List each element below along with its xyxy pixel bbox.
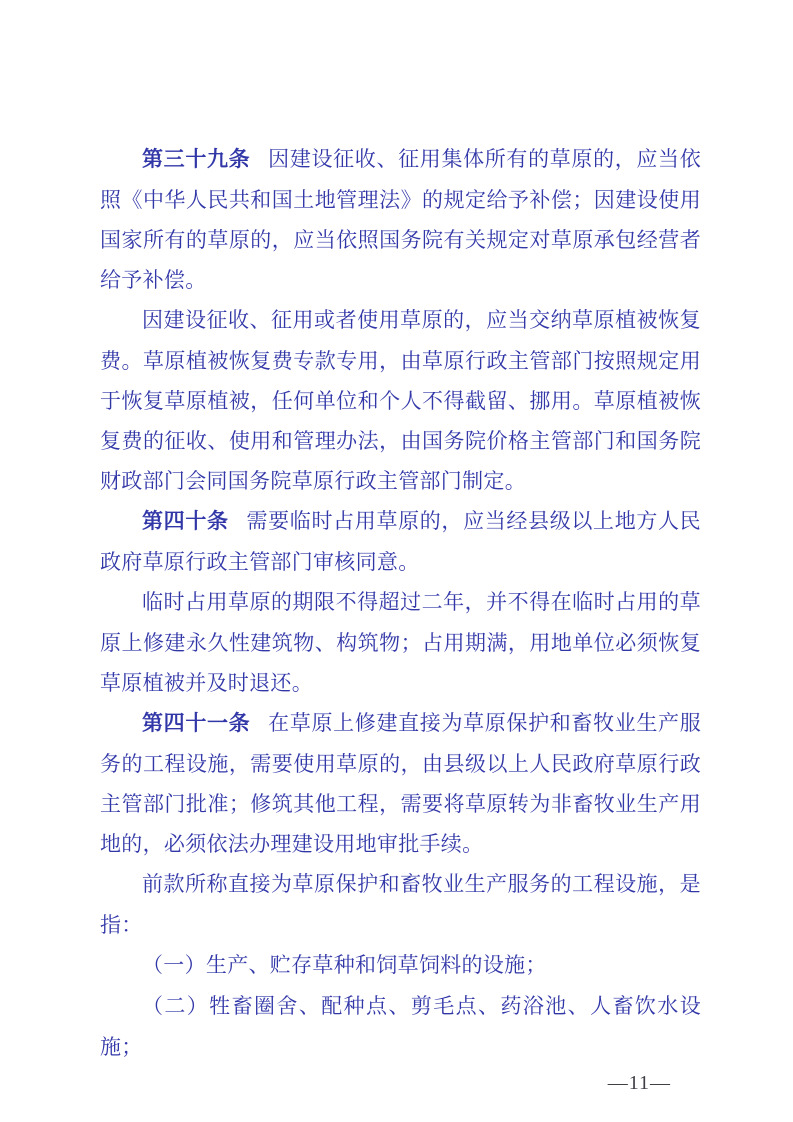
paragraph-text: 因建设征收、征用或者使用草原的，应当交纳草原植被恢复费。草原植被恢复费专款专用，… — [100, 308, 701, 493]
article-paragraph: 第四十条需要临时占用草原的，应当经县级以上地方人民政府草原行政主管部门审核同意。 — [100, 501, 701, 582]
document-body-text: 第三十九条因建设征收、征用集体所有的草原的，应当依照《中华人民共和国土地管理法》… — [100, 139, 701, 1067]
list-item-paragraph: （二）牲畜圈舍、配种点、剪毛点、药浴池、人畜饮水设施； — [100, 986, 701, 1067]
paragraph-text: 临时占用草原的期限不得超过二年，并不得在临时占用的草原上修建永久性建筑物、构筑物… — [100, 590, 701, 695]
article-paragraph: 第三十九条因建设征收、征用集体所有的草原的，应当依照《中华人民共和国土地管理法》… — [100, 139, 701, 300]
article-number: 第三十九条 — [142, 148, 250, 171]
paragraph-text: 前款所称直接为草原保护和畜牧业生产服务的工程设施，是指： — [100, 872, 701, 937]
article-number: 第四十一条 — [142, 712, 250, 735]
article-paragraph: 第四十一条在草原上修建直接为草原保护和畜牧业生产服务的工程设施，需要使用草原的，… — [100, 703, 701, 864]
article-paragraph: 因建设征收、征用或者使用草原的，应当交纳草原植被恢复费。草原植被恢复费专款专用，… — [100, 300, 701, 501]
paragraph-text: （二）牲畜圈舍、配种点、剪毛点、药浴池、人畜饮水设施； — [100, 994, 701, 1059]
page-number: —11— — [608, 1072, 671, 1094]
paragraph-text: （一）生产、贮存草种和饲草饲料的设施； — [142, 953, 547, 977]
article-paragraph: 临时占用草原的期限不得超过二年，并不得在临时占用的草原上修建永久性建筑物、构筑物… — [100, 582, 701, 703]
article-paragraph: 前款所称直接为草原保护和畜牧业生产服务的工程设施，是指： — [100, 864, 701, 945]
list-item-paragraph: （一）生产、贮存草种和饲草饲料的设施； — [100, 945, 701, 986]
document-page: 第三十九条因建设征收、征用集体所有的草原的，应当依照《中华人民共和国土地管理法》… — [0, 0, 793, 1122]
article-number: 第四十条 — [142, 510, 229, 533]
